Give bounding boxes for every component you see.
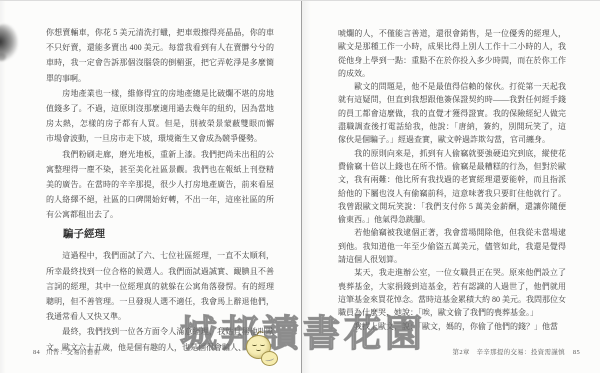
- text-line: 不只好賣，還能多賣出 400 美元。每當我看到有人在賣髒兮兮的: [46, 40, 274, 55]
- text-line: 文，我有兩難：他比所有我找過的老實經理還要能幹，而且指派: [338, 173, 566, 186]
- text-line: 房太熱，怎樣的房子都有人買。但是，別被榮景蒙蔽雙眼而懈怠，: [46, 116, 274, 131]
- text-line: 偷東西。」他氣得急跳腳。: [338, 213, 566, 226]
- left-paragraphs-top: 你想賣輛車，你花 5 美元清洗打蠟，把車殼擦得亮晶晶，你的車不只好賣，還能多賣出…: [46, 25, 274, 222]
- text-line: 房地產業也一樣，維修得宜的房地產總是比破爛不堪的房地產: [46, 86, 274, 101]
- text-line: 若他偷竊被我逮個正著，我會當場開除他，但我從未當場逮: [338, 226, 566, 239]
- watermark-text: 城邦讀書花園: [180, 303, 426, 357]
- right-page-text: 唬爛的人，不僅能言善道，還很會銷售，是一位優秀的經理人，歐文是那種工作一小時，成…: [338, 27, 566, 333]
- text-line: 所幸最終找到一位合格的候選人。我們面試過誠實、靦腆且不善: [46, 264, 274, 279]
- text-line: 寓整理得一塵不染，甚至美化社區景觀。我們也在報紙上刊登精: [46, 162, 274, 177]
- book-scan-spread: 你想賣輛車，你花 5 美元清洗打蠟，把車殼擦得亮晶晶，你的車不只好賣，還能多賣出…: [0, 0, 600, 373]
- left-page-number: 84: [33, 349, 40, 356]
- text-line: 單的事啊。: [46, 71, 274, 86]
- text-line: 歐文的問題是，他不是最值得信賴的傢伙。打從第一天起我: [338, 80, 566, 93]
- mascot-mouth: [256, 348, 261, 351]
- text-line: 唬爛的人，不僅能言善道，還很會銷售，是一位優秀的經理人，: [338, 27, 566, 40]
- text-line: 從他身上學到一點：重點不在於你投入多少時間，而在於你工作: [338, 54, 566, 67]
- text-line: 我曾跟歐文開玩笑說：「我們支付你 5 萬美金薪酬，還讓你隨便: [338, 200, 566, 213]
- text-line: 到他。我知道他一年至少偷盜五萬美元，儘管如此，我還是覺得: [338, 240, 566, 253]
- text-line: 請這個人很划算。: [338, 253, 566, 266]
- reading-garden-mascot-icon: [246, 331, 286, 373]
- text-line: 這過程中，我們面試了六、七位社區經理，一直不太順利，: [46, 248, 274, 263]
- right-paragraphs: 唬爛的人，不僅能言善道，還很會銷售，是一位優秀的經理人，歐文是那種工作一小時，成…: [338, 27, 566, 333]
- mascot-eye-left: [252, 343, 257, 346]
- section-heading: 騙子經理: [46, 228, 274, 241]
- text-line: 我們粉刷走廊，磨光地板，重新上漆。我們把尚未出租的公: [46, 147, 274, 162]
- text-line: 言詞的經理，其中一位經理真的就躲在公寓角落發愣。有的經理: [46, 279, 274, 294]
- text-line: 的成效。: [338, 67, 566, 80]
- text-line: 就有這疑問，但直到我想跟他簽保證契約時——我對任何經手錢: [338, 93, 566, 106]
- left-page-footer: 84川普：交易的藝術: [33, 348, 101, 357]
- text-line: 費偷竊十倍以上錢也在所不惜。偷竊是最糟糕的行為，但對於歐: [338, 160, 566, 173]
- text-line: 給他的下屬也沒人有偷竊前科，這意味著我只要盯住他就行了。: [338, 187, 566, 200]
- text-line: 車時，我一定會告訴那個沒腦袋的倒楣蛋，把它弄乾淨是多麼簡: [46, 55, 274, 70]
- mascot-eye-right: [260, 343, 265, 346]
- right-page-number: 85: [573, 349, 580, 356]
- book-title: 川普：交易的藝術: [46, 349, 100, 356]
- text-line: 有公寓都租出去了。: [46, 207, 274, 222]
- text-line: 盡職調查後打電話給我，他說：「唐納，簽約，別開玩笑了，這: [338, 120, 566, 133]
- text-line: 歐文是那種工作一小時，成果比得上別人工作十二小時的人，我: [338, 40, 566, 53]
- text-line: 市場會波動，一旦房市走下坡，環境衛生又會成為競爭優勢。: [46, 131, 274, 146]
- text-line: 的人絡繹不絕，社區的口碑開始好轉，不出一年，這座社區的所: [46, 192, 274, 207]
- text-line: 我的原則向來是，抓到有人偷竊就要強硬追究到底，縱使花: [338, 147, 566, 160]
- text-line: 你想賣輛車，你花 5 美元清洗打蠟，把車殼擦得亮晶晶，你的車: [46, 25, 274, 40]
- text-line: 某天，我走進辦公室，一位女職員正在哭。原來他們設立了: [338, 266, 566, 279]
- chapter-title: 第2章 辛辛那提的交易：投資需謹慎: [453, 349, 565, 356]
- text-line: 的員工都會這麼做，我的直覺才獲得證實。我的保險經紀人做完: [338, 107, 566, 120]
- text-line: 美的廣告。在當時的辛辛那提，很少人打房地產廣告，前來看屋: [46, 177, 274, 192]
- text-line: 值錢多了。不過，這原則沒那麼適用過去幾年的紐約，因為當地炒: [46, 101, 274, 116]
- text-line: 傢伙是個騙子。」經過查實，歐文幹過詐欺勾當，官司纏身。: [338, 133, 566, 146]
- text-line: 喪葬基金，大家捐錢到這基金，若有認識的人過世了，他們就用: [338, 280, 566, 293]
